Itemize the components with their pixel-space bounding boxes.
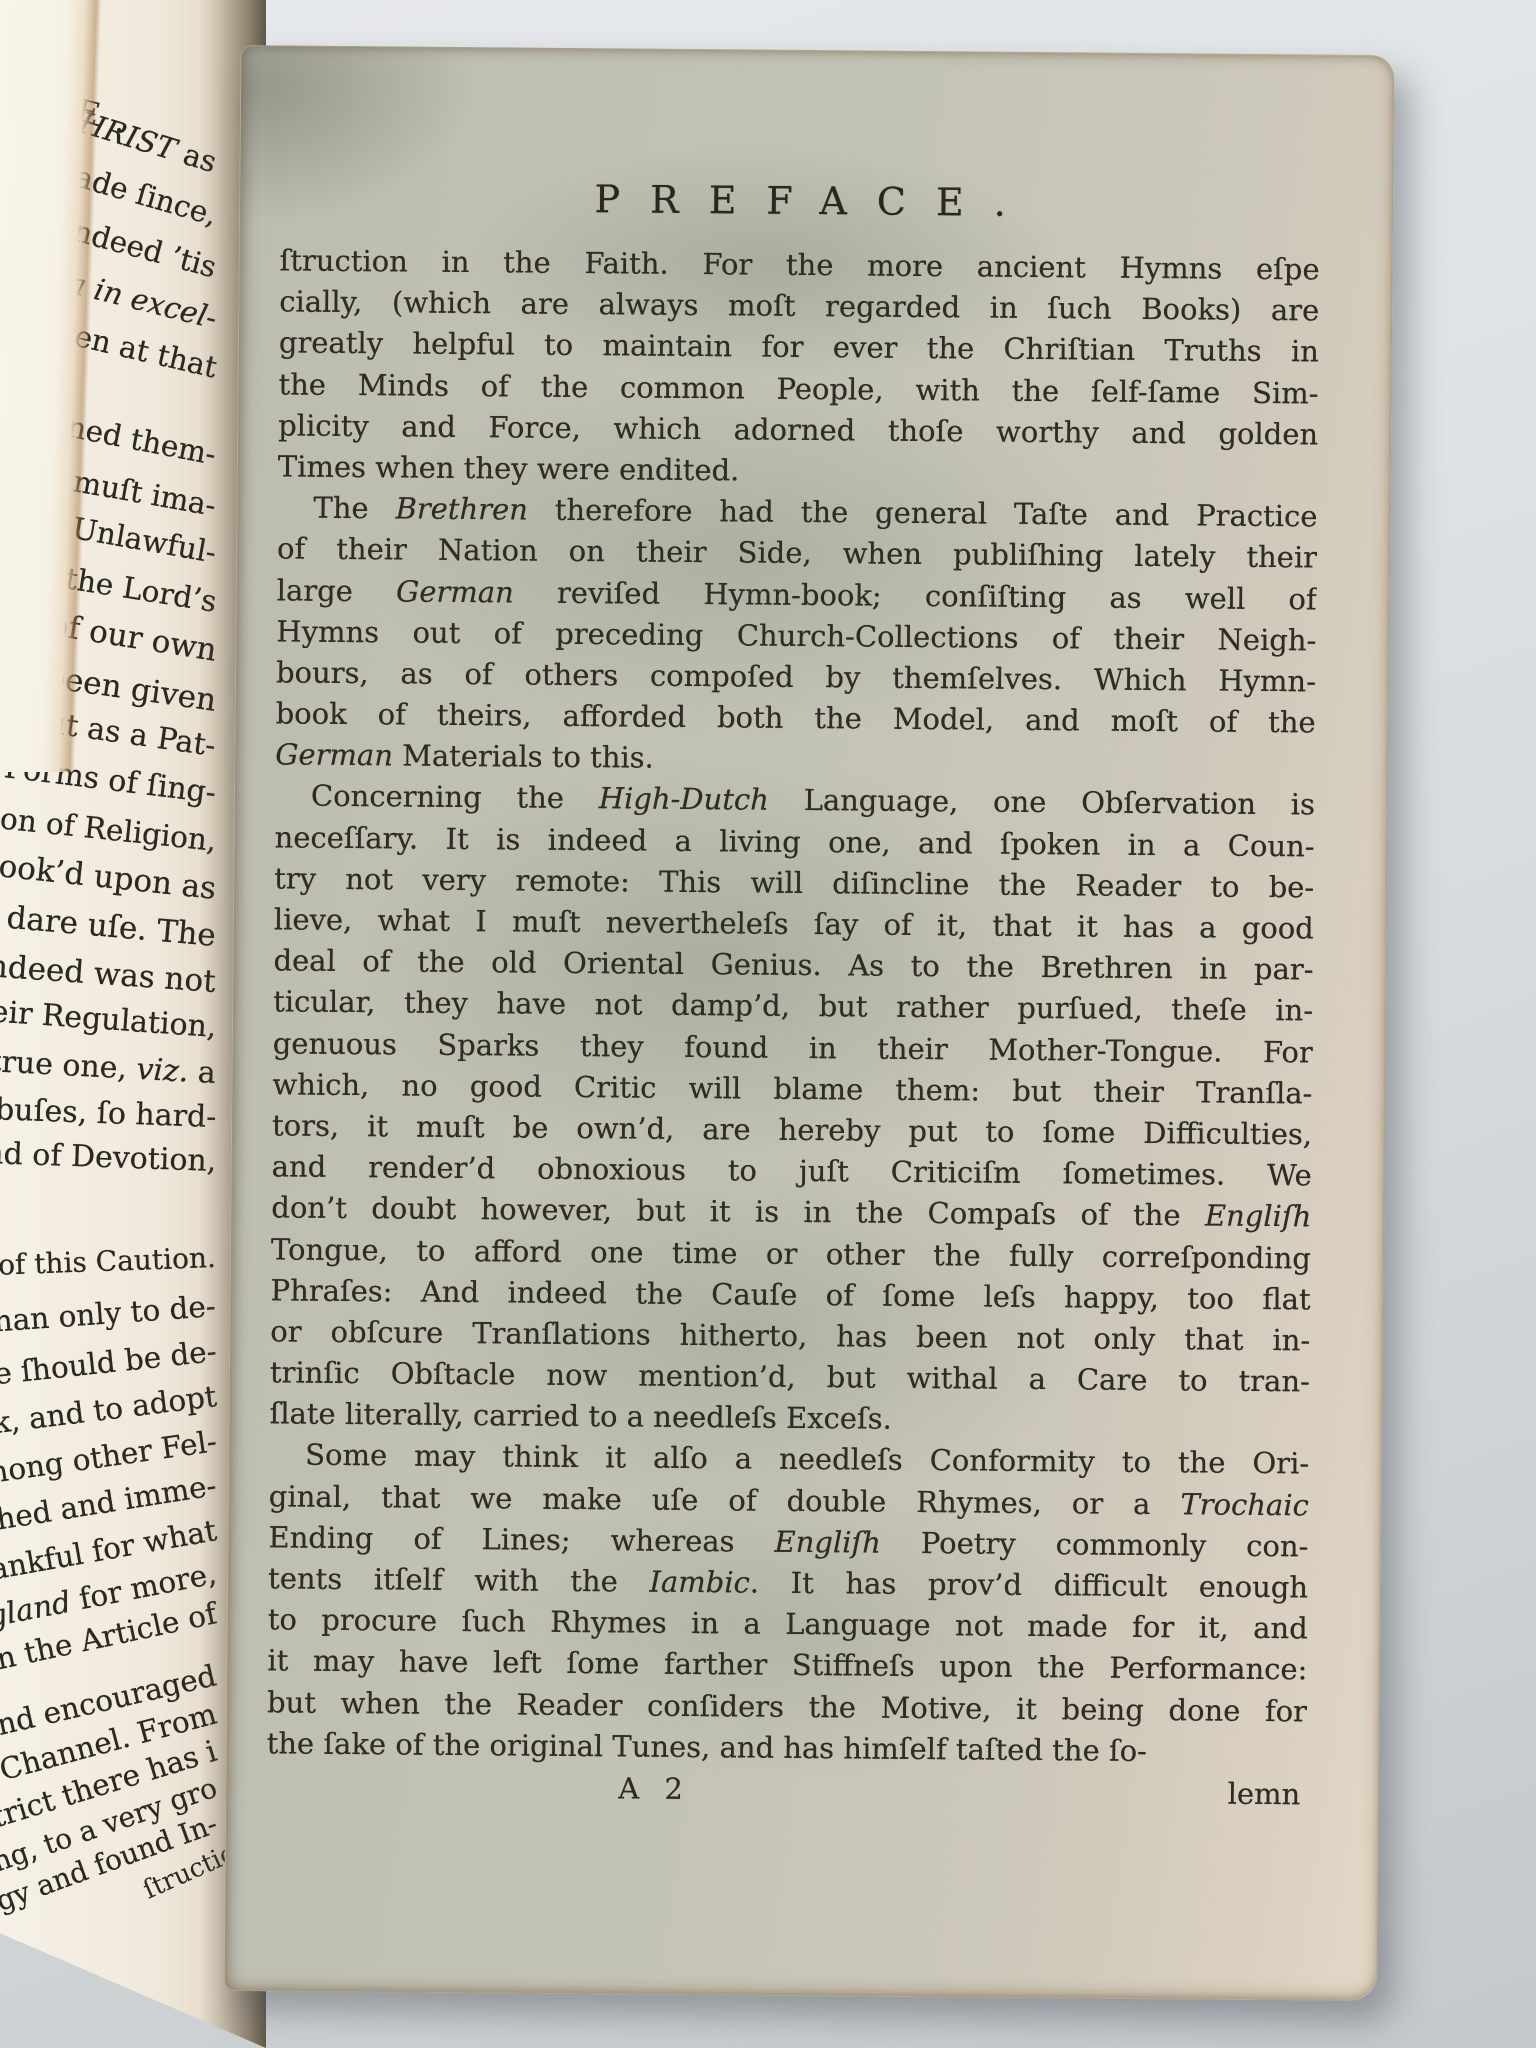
left-page-text-fragment: of this Caution. <box>0 1241 217 1282</box>
catchword: lemn <box>1228 1777 1301 1812</box>
signature-mark: A 2 <box>618 1771 691 1806</box>
page-title: PREFACE. <box>280 174 1320 227</box>
page-body-text: ſtruction in the Faith. For the more anc… <box>267 240 1320 1773</box>
left-page-text-fragment: iting and of Devotion, <box>0 1133 217 1179</box>
page-footer: A 2 lemn <box>266 1768 1306 1823</box>
book-photo: eo, [to CHRIST asCanticles made ſince,ti… <box>0 0 1536 2048</box>
right-page: PREFACE. ſtruction in the Faith. For the… <box>224 45 1395 2001</box>
left-page-text-fragment: ies and Abuſes, ſo hard- <box>0 1087 217 1135</box>
left-page-text-fragment: f their true one, viz. a <box>0 1039 217 1091</box>
